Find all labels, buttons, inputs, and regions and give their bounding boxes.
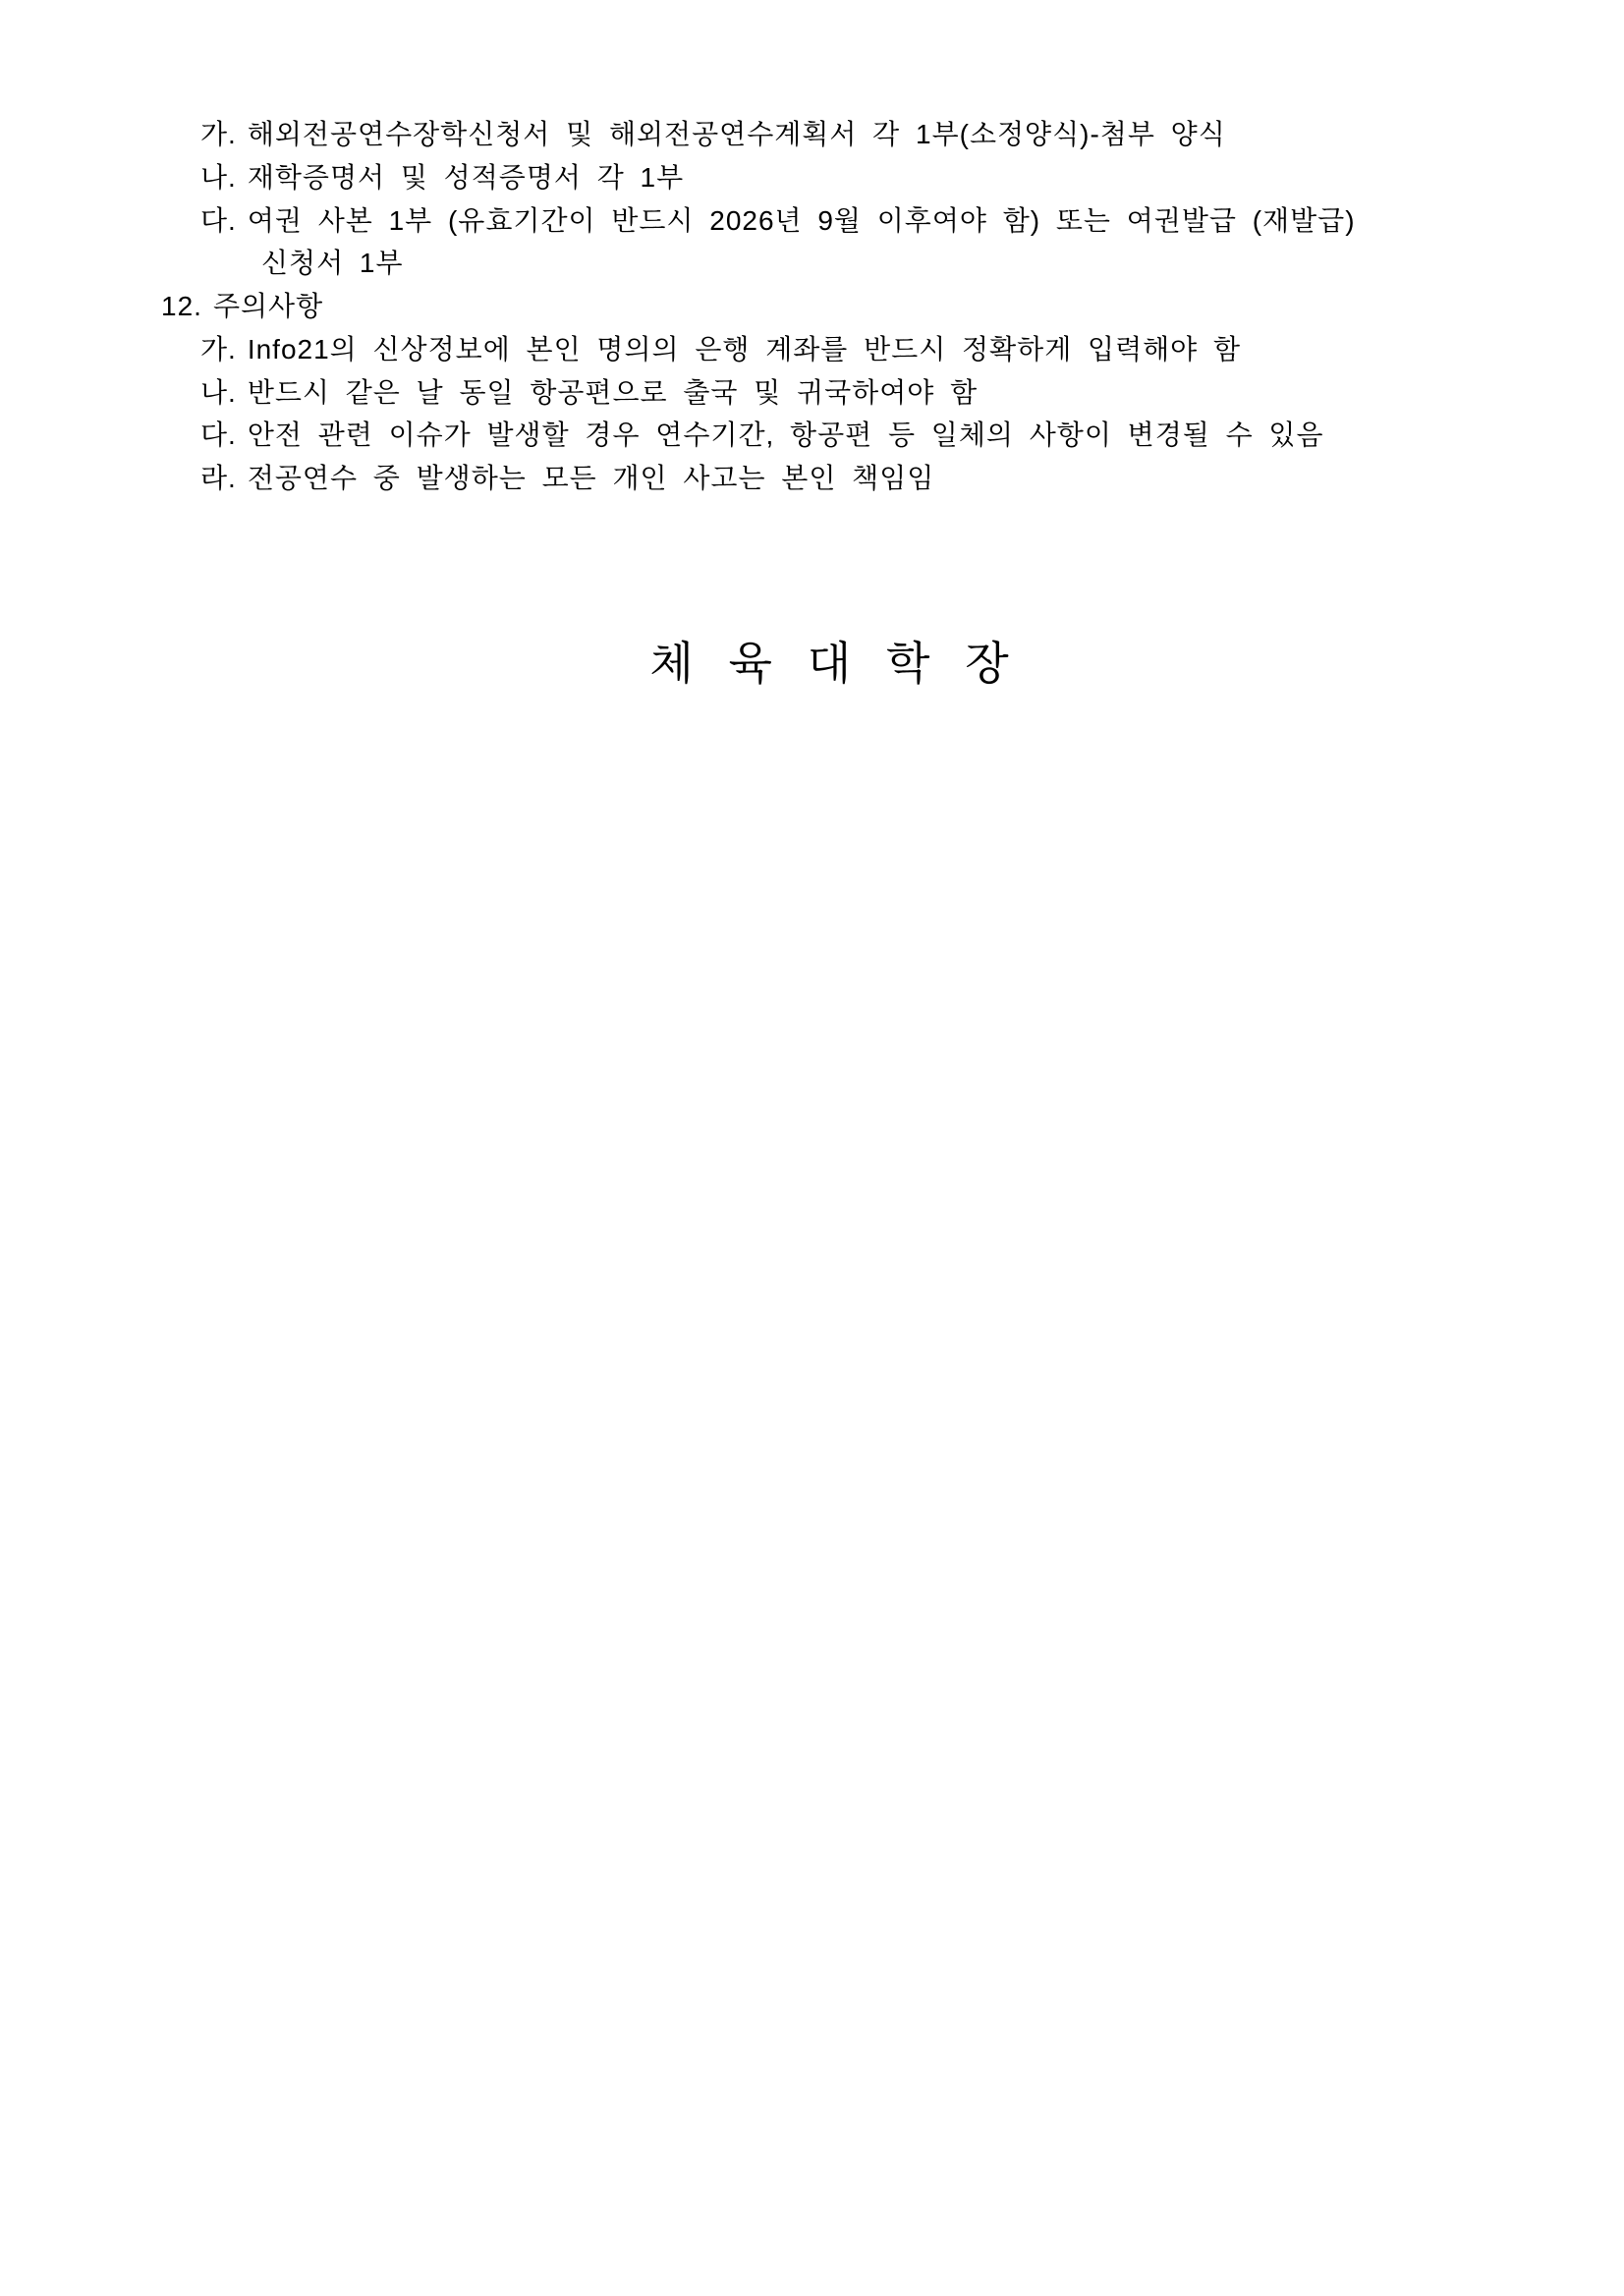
list-item-label: 나.: [200, 371, 237, 415]
list-item-label: 나.: [200, 156, 237, 199]
section-number: 12.: [161, 285, 202, 328]
list-item-text: 안전 관련 이슈가 발생할 경우 연수기간, 항공편 등 일체의 사항이 변경될…: [248, 420, 1324, 450]
list-item-text: 여권 사본 1부 (유효기간이 반드시 2026년 9월 이후여야 함) 또는 …: [248, 205, 1356, 236]
list-item-notice-2: 나.반드시 같은 날 동일 항공편으로 출국 및 귀국하여야 함: [0, 371, 1624, 415]
list-item-text: 해외전공연수장학신청서 및 해외전공연수계획서 각 1부(소정양식)-첨부 양식: [248, 119, 1226, 149]
list-item-label: 다.: [200, 414, 237, 457]
list-item-text: 반드시 같은 날 동일 항공편으로 출국 및 귀국하여야 함: [248, 377, 978, 408]
list-item-attachment-3-continuation: 신청서 1부: [0, 242, 1624, 285]
list-item-label: 가.: [200, 328, 237, 371]
list-item-text: Info21의 신상정보에 본인 명의의 은행 계좌를 반드시 정확하게 입력해…: [248, 334, 1241, 364]
list-item-label: 라.: [200, 457, 237, 500]
list-item-notice-3: 다.안전 관련 이슈가 발생할 경우 연수기간, 항공편 등 일체의 사항이 변…: [0, 414, 1624, 457]
list-item-attachment-1: 가.해외전공연수장학신청서 및 해외전공연수계획서 각 1부(소정양식)-첨부 …: [0, 113, 1624, 156]
list-item-label: 다.: [200, 199, 237, 243]
document-body: 가.해외전공연수장학신청서 및 해외전공연수계획서 각 1부(소정양식)-첨부 …: [0, 113, 1624, 500]
list-item-attachment-3: 다.여권 사본 1부 (유효기간이 반드시 2026년 9월 이후여야 함) 또…: [0, 199, 1624, 243]
list-item-label: 가.: [200, 113, 237, 156]
list-item-text: 전공연수 중 발생하는 모든 개인 사고는 본인 책임임: [248, 463, 934, 493]
list-item-text: 신청서 1부: [261, 248, 404, 278]
signature-title: 체 육 대 학 장: [21, 629, 1624, 698]
list-item-text: 재학증명서 및 성적증명서 각 1부: [248, 162, 684, 193]
document-page: 가.해외전공연수장학신청서 및 해외전공연수계획서 각 1부(소정양식)-첨부 …: [0, 0, 1624, 2296]
section-title: 주의사항: [213, 291, 323, 321]
list-item-attachment-2: 나.재학증명서 및 성적증명서 각 1부: [0, 156, 1624, 199]
section-heading-precautions: 12.주의사항: [0, 285, 1624, 328]
list-item-notice-4: 라.전공연수 중 발생하는 모든 개인 사고는 본인 책임임: [0, 457, 1624, 500]
list-item-notice-1: 가.Info21의 신상정보에 본인 명의의 은행 계좌를 반드시 정확하게 입…: [0, 328, 1624, 371]
